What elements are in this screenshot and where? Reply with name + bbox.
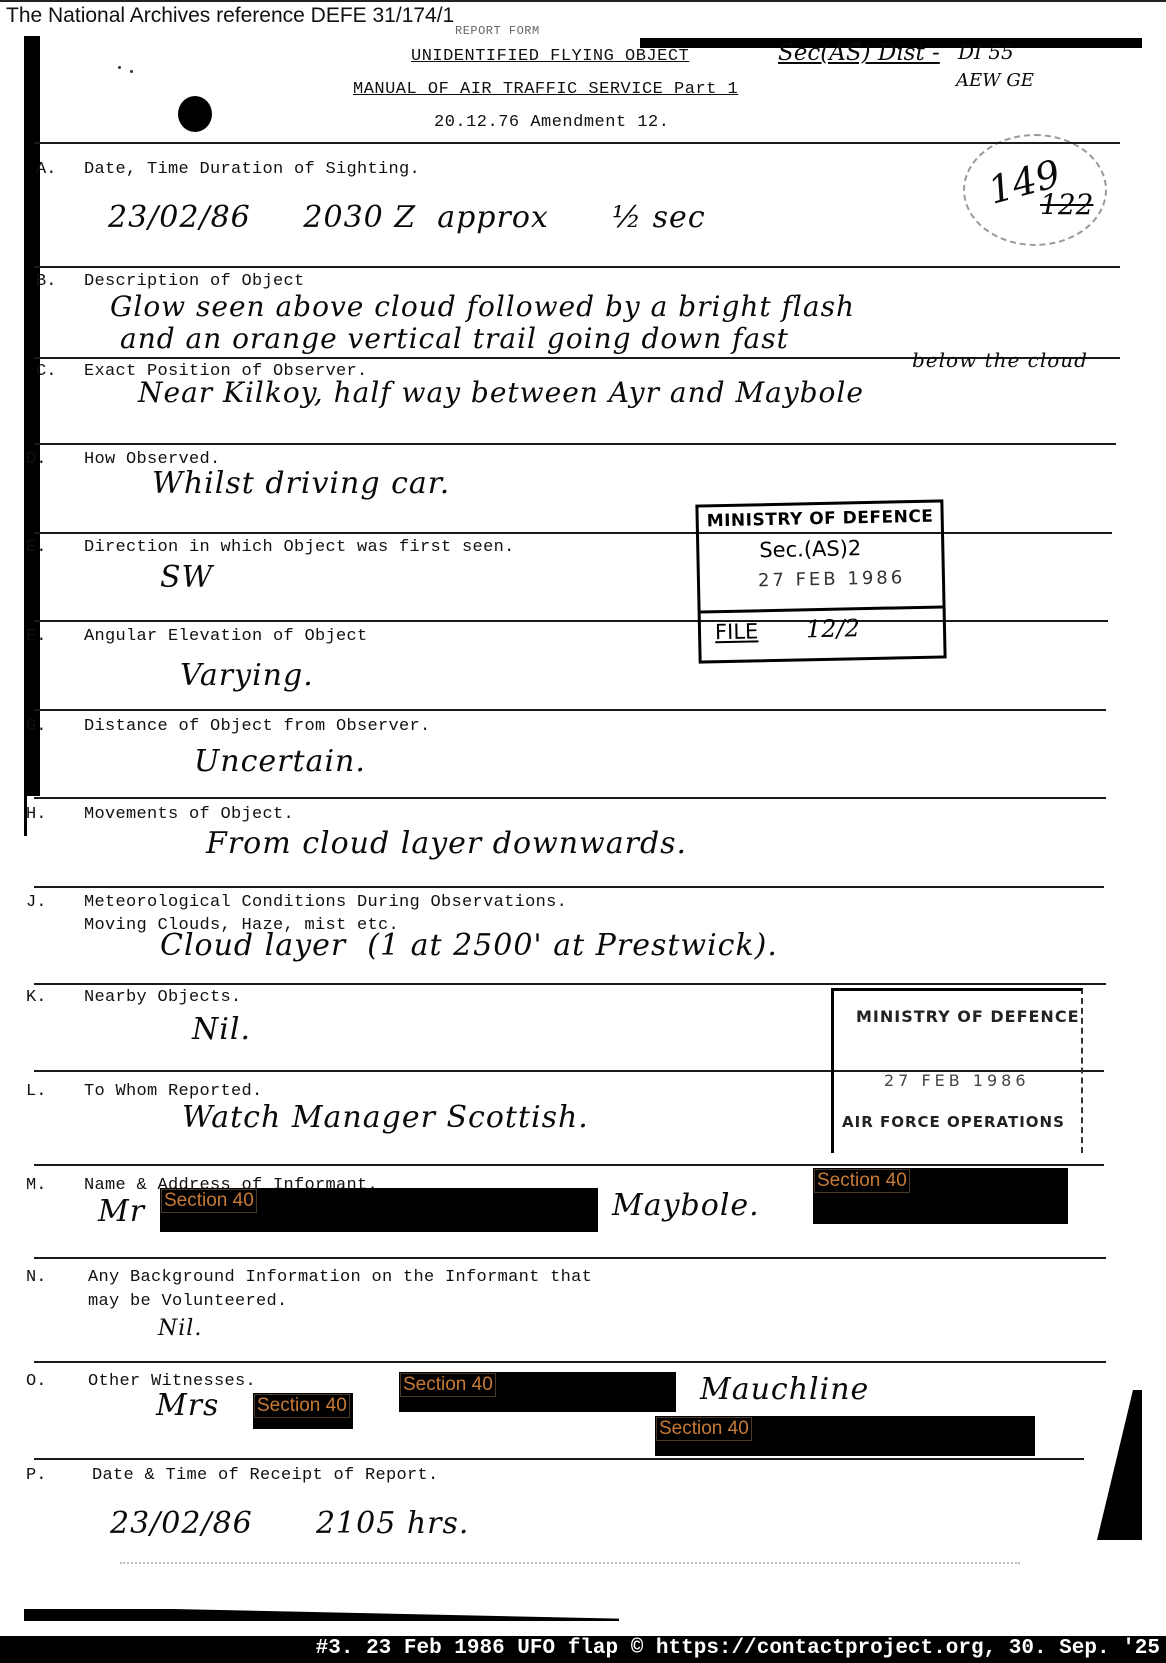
folio-struck-number: 122 — [1040, 188, 1093, 221]
scan-edge-right — [1097, 1390, 1142, 1540]
section-k-answer: Nil. — [192, 1012, 251, 1047]
section-j-answer: Cloud layer (1 at 2500' at Prestwick). — [160, 928, 778, 963]
divider — [34, 266, 1120, 268]
recipients-note-2: AEW GE — [956, 70, 1034, 91]
section-a-answer: 23/02/86 2030 Z approx ½ sec — [108, 200, 706, 235]
section-f-label: Angular Elevation of Object — [84, 627, 368, 646]
redaction-label: Section 40 — [814, 1169, 910, 1193]
distribution-note: Sec(AS) Dist - — [778, 40, 940, 66]
redaction-block: Section 40 — [253, 1393, 353, 1429]
section-o-letter: O. — [26, 1372, 46, 1391]
divider — [34, 1361, 1106, 1363]
redaction-block: Section 40 — [160, 1188, 598, 1232]
section-b-label: Description of Object — [84, 272, 305, 291]
section-h-label: Movements of Object. — [84, 805, 294, 824]
redaction-label: Section 40 — [656, 1417, 752, 1441]
stamp-date: 27 FEB 1986 — [884, 1071, 1030, 1090]
section-f-answer: Varying. — [180, 658, 314, 693]
stamp-title: MINISTRY OF DEFENCE — [707, 507, 934, 532]
section-k-letter: K. — [26, 988, 46, 1007]
section-n-label2: may be Volunteered. — [88, 1292, 288, 1311]
divider — [34, 1257, 1106, 1259]
section-n-letter: N. — [26, 1268, 46, 1287]
section-b-answer-line1: Glow seen above cloud followed by a brig… — [110, 290, 855, 323]
archive-reference: The National Archives reference DEFE 31/… — [6, 4, 454, 28]
footer-bar: #3. 23 Feb 1986 UFO flap © https://conta… — [0, 1636, 1166, 1663]
redaction-label: Section 40 — [400, 1373, 496, 1397]
redaction-block: Section 40 — [655, 1416, 1035, 1456]
mod-sec-stamp: MINISTRY OF DEFENCE Sec.(AS)2 27 FEB 198… — [695, 499, 946, 663]
footer-credit: #3. 23 Feb 1986 UFO flap © https://conta… — [316, 1637, 1160, 1660]
form-title: UNIDENTIFIED FLYING OBJECT — [411, 47, 689, 66]
section-c-answer: Near Kilkoy, half way between Ayr and Ma… — [138, 376, 864, 409]
section-j-letter: J. — [26, 893, 46, 912]
divider — [34, 983, 1106, 985]
stamp-file-number: 12/2 — [806, 614, 860, 643]
divider — [34, 532, 1112, 534]
scan-noise — [120, 1562, 1020, 1566]
section-d-answer: Whilst driving car. — [152, 466, 450, 501]
mod-af-ops-stamp: MINISTRY OF DEFENCE 27 FEB 1986 AIR FORC… — [831, 988, 1083, 1153]
section-b-answer-line3: below the cloud — [912, 348, 1088, 372]
redaction-block: Section 40 — [399, 1372, 676, 1412]
form-title-text: UNIDENTIFIED FLYING OBJECT — [411, 47, 689, 66]
recipients-note-1: DI 55 — [958, 40, 1014, 64]
top-border — [0, 0, 1166, 2]
section-e-letter: E. — [26, 538, 46, 557]
section-b-letter: B. — [36, 272, 56, 291]
section-e-answer: SW — [160, 560, 213, 595]
section-k-label: Nearby Objects. — [84, 988, 242, 1007]
section-g-answer: Uncertain. — [194, 744, 366, 779]
speck — [118, 66, 121, 69]
divider — [34, 709, 1106, 711]
divider — [34, 620, 1108, 622]
form-header-line0: REPORT FORM — [455, 24, 540, 38]
section-j-label: Meteorological Conditions During Observa… — [84, 893, 567, 912]
stamp-department: AIR FORCE OPERATIONS — [842, 1113, 1065, 1131]
section-m-answer-suffix: Maybole. — [612, 1188, 760, 1223]
divider — [34, 797, 1106, 799]
stamp-title: MINISTRY OF DEFENCE — [856, 1007, 1080, 1026]
scan-edge-bottom — [24, 1609, 619, 1621]
divider — [34, 443, 1116, 445]
section-a-letter: A. — [36, 160, 56, 179]
stamp-section: Sec.(AS)2 — [759, 536, 861, 562]
stamp-divider — [701, 605, 943, 613]
section-e-label: Direction in which Object was first seen… — [84, 538, 515, 557]
form-manual: MANUAL OF AIR TRAFFIC SERVICE Part 1 — [353, 80, 738, 99]
divider — [34, 142, 1120, 144]
redaction-label: Section 40 — [161, 1189, 257, 1213]
section-p-label: Date & Time of Receipt of Report. — [92, 1466, 439, 1485]
section-c-letter: C. — [36, 362, 56, 381]
speck — [130, 70, 133, 73]
form-amendment: 20.12.76 Amendment 12. — [434, 113, 669, 132]
section-p-answer: 23/02/86 2105 hrs. — [110, 1506, 469, 1541]
section-h-answer: From cloud layer downwards. — [206, 826, 687, 861]
section-l-label: To Whom Reported. — [84, 1082, 263, 1101]
section-o-answer-suffix: Mauchline — [700, 1372, 869, 1407]
section-h-letter: H. — [26, 805, 46, 824]
section-m-answer-prefix: Mr — [98, 1194, 145, 1229]
divider — [34, 1164, 1104, 1166]
section-a-label: Date, Time Duration of Sighting. — [84, 160, 420, 179]
divider — [34, 886, 1104, 888]
stamp-file-label: FILE — [715, 619, 759, 644]
section-f-letter: F. — [26, 627, 46, 646]
section-m-letter: M. — [26, 1176, 46, 1195]
section-l-letter: L. — [26, 1082, 46, 1101]
section-n-label: Any Background Information on the Inform… — [88, 1268, 592, 1287]
section-g-letter: G. — [26, 717, 46, 736]
section-p-letter: P. — [26, 1466, 46, 1485]
punch-hole-mark — [178, 96, 212, 132]
document-page: The National Archives reference DEFE 31/… — [0, 0, 1166, 1663]
section-g-label: Distance of Object from Observer. — [84, 717, 431, 736]
section-o-answer-prefix: Mrs — [156, 1388, 219, 1423]
redaction-block: Section 40 — [813, 1168, 1068, 1224]
section-d-letter: D. — [26, 450, 46, 469]
section-n-answer: Nil. — [158, 1316, 202, 1341]
redaction-label: Section 40 — [254, 1394, 350, 1418]
form-manual-text: MANUAL OF AIR TRAFFIC SERVICE Part 1 — [353, 80, 738, 99]
scan-edge-left — [24, 36, 40, 796]
distribution-note-text: Sec(AS) Dist - — [778, 40, 940, 66]
divider — [34, 1458, 1084, 1460]
section-b-answer-line2: and an orange vertical trail going down … — [120, 322, 789, 355]
section-l-answer: Watch Manager Scottish. — [182, 1100, 589, 1135]
stamp-date: 27 FEB 1986 — [758, 567, 906, 591]
